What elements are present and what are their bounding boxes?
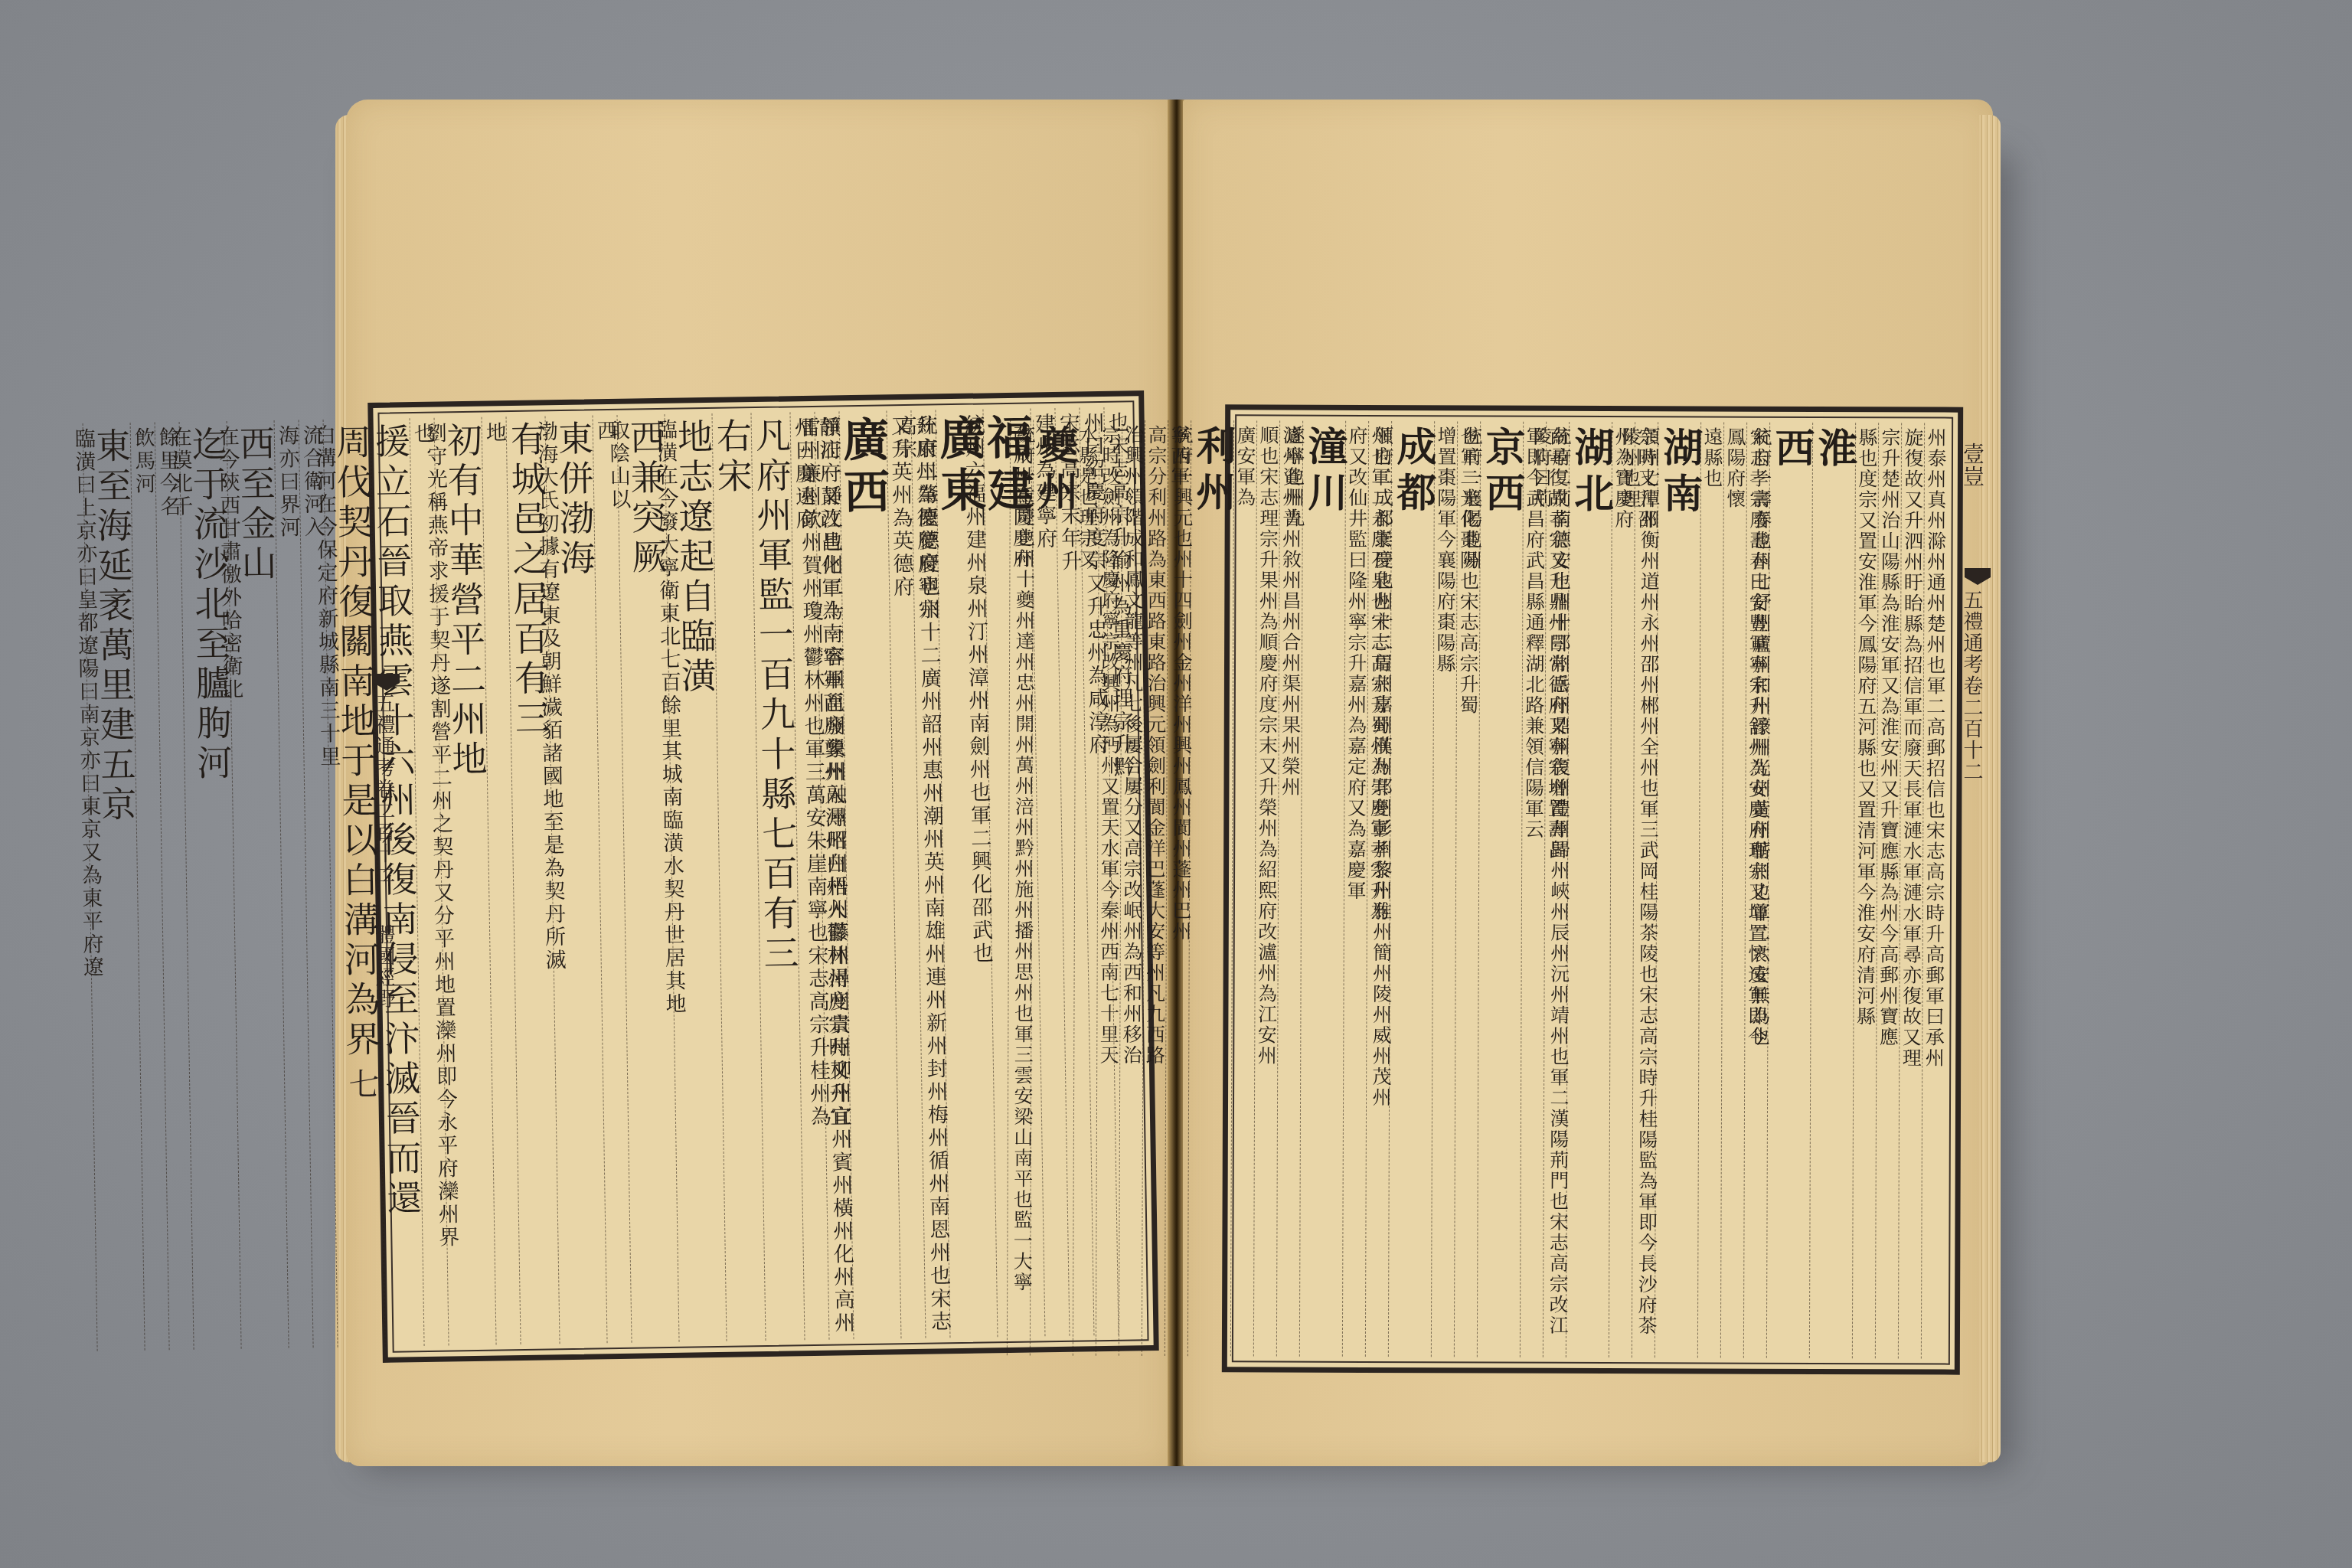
region-heading: 潼川 bbox=[1301, 426, 1344, 1352]
text-column: 順也宋志理宗升果州為順慶府度宗末又升榮州為紹熙府改瀘州為江安州 bbox=[1253, 420, 1279, 1356]
annotation-text: 遠縣也 bbox=[1700, 426, 1722, 1353]
annotation-text: 增置棗陽軍今襄陽府棗陽縣 bbox=[1433, 426, 1455, 1352]
annotation-text: 宗時改劍州為隆慶府寧宗改興州為沔州又置天水軍今秦州西南七十里天 bbox=[1098, 425, 1120, 1351]
region-heading: 淮 bbox=[1811, 427, 1854, 1354]
annotation-text: 宗升楚州治山陽縣為淮安軍又為淮安州又升寶應縣為州今高郵州寶應 bbox=[1877, 427, 1900, 1354]
annotation-text: 鳳陽府懷 bbox=[1723, 427, 1745, 1354]
text-column: 宗升楚州治山陽縣為淮安軍又為淮安州又升寶應縣為州今高郵州寶應 bbox=[1875, 423, 1901, 1358]
annotation-text: 廣安軍為 bbox=[1233, 425, 1255, 1351]
text-column: 湖南領州七潭州衡州道州永州邵州郴州全州也軍三武岡桂陽茶陵也宋志高宗時升桂陽監為軍… bbox=[1655, 422, 1700, 1357]
text-column: 京西統府一襄陽也州 bbox=[1477, 421, 1523, 1357]
text-column: 水縣是也理宗又 bbox=[1073, 420, 1099, 1356]
annotation-text: 統府一重慶也州十夔州達州忠州開州萬州涪州黔州施州播州思州也軍三雲安梁山南平也監一… bbox=[1012, 424, 1034, 1351]
annotation-text: 遂寧也州九 bbox=[1282, 426, 1304, 1352]
annotation-text: 水縣是也理宗又 bbox=[1075, 425, 1097, 1351]
text-column: 成都領府二成都崇慶也州十二眉州嘉州漢州邛州彭州黎州雅州簡州陵州威州茂州 bbox=[1388, 421, 1434, 1357]
text-column: 縣也度宗又置安淮軍今鳳陽府五河縣也又置清河軍今淮安府清河縣 bbox=[1852, 423, 1878, 1358]
text-column: 州泰州真州滁州通州楚州也軍二高郵招信也宋志高宗時升高郵軍曰承州 bbox=[1921, 423, 1947, 1359]
region-heading: 成都 bbox=[1390, 426, 1432, 1352]
left-margin-section: 體國經野 bbox=[372, 924, 395, 1010]
left-margin-page-number: 七 bbox=[346, 1068, 377, 1100]
text-column: 利州統府一興元也州十四劍州金州洋州興州鳳州閬州蓬州巴州 bbox=[1187, 420, 1233, 1356]
text-column: 湖北統府二荊南德安也州十鄂州岳州鼎州復州澧州歸州峽州辰州沅州靖州也軍二漢陽荊門也… bbox=[1566, 422, 1612, 1357]
region-heading: 夔州 bbox=[1031, 424, 1074, 1351]
annotation-text: 統府一興元也州十四劍州金州洋州興州鳳州閬州蓬州巴州 bbox=[1170, 425, 1192, 1351]
annotation-text: 高宗分利州路為東西路東路治興元領劍利閬金洋巴蓬大安等州凡九西路 bbox=[1144, 425, 1166, 1351]
right-print-frame: 州泰州真州滁州通州楚州也軍二高郵招信也宋志高宗時升高郵軍曰承州旋復故又升泗州盱眙… bbox=[1222, 404, 1963, 1374]
annotation-text: 治興州領階成和鳳文龍等州凡七後屢合屢分又高宗改岷州為西和州移治 bbox=[1121, 425, 1143, 1351]
annotation-text: 統府一襄陽也州 bbox=[1459, 426, 1481, 1352]
text-column: 高宗分利州路為東西路東路治興元領劍利閬金洋巴蓬大安等州凡九西路 bbox=[1142, 420, 1168, 1356]
right-margin-top-mark: 壹豈 bbox=[1962, 443, 1983, 488]
right-margin-book-title: 五禮通考卷二百十二 bbox=[1962, 590, 1981, 957]
right-text-columns: 州泰州真州滁州通州楚州也軍二高郵招信也宋志高宗時升高郵軍曰承州旋復故又升泗州盱眙… bbox=[1238, 420, 1947, 1358]
region-heading: 京西 bbox=[1478, 426, 1521, 1352]
text-column: 夔州統府一重慶也州十夔州達州忠州開州萬州涪州黔州施州播州思州也軍三雲安梁山南平也… bbox=[1030, 420, 1076, 1355]
right-page-stack-edge bbox=[1979, 115, 2001, 1462]
annotation-text: 州泰州真州滁州通州楚州也軍二高郵招信也宋志高宗時升高郵軍曰承州 bbox=[1923, 428, 1945, 1354]
text-column: 淮 bbox=[1809, 423, 1855, 1358]
text-column: 鳳陽府懷 bbox=[1720, 423, 1746, 1358]
region-heading: 西 bbox=[1768, 427, 1811, 1354]
region-heading: 湖南 bbox=[1656, 426, 1699, 1353]
text-column: 廣安軍為 bbox=[1230, 420, 1256, 1356]
text-column: 潼川遂寧也州九 bbox=[1299, 421, 1345, 1357]
region-heading: 利州 bbox=[1189, 425, 1232, 1351]
annotation-text: 府又改仙井監曰隆州寧宗升嘉州為嘉定府又為嘉慶軍 bbox=[1344, 426, 1367, 1352]
annotation-text: 統府二荊南德安也州十鄂州岳州鼎州復州澧州歸州峽州辰州沅州靖州也軍二漢陽荊門也宋志… bbox=[1529, 426, 1570, 1353]
text-column: 西統府一壽春也州七舒州廬州和州濠州光州黃州蘄州也軍二六安無為也 bbox=[1766, 423, 1812, 1358]
annotation-text: 領府二成都崇慶也州十二眉州嘉州漢州邛州彭州黎州雅州簡州陵州威州茂州 bbox=[1370, 426, 1393, 1352]
region-heading: 湖北 bbox=[1567, 426, 1610, 1353]
annotation-text: 縣也度宗又置安淮軍今鳳陽府五河縣也又置清河軍今淮安府清河縣 bbox=[1854, 427, 1877, 1354]
text-column: 府又改仙井監曰隆州寧宗升嘉州為嘉定府又為嘉慶軍 bbox=[1342, 421, 1368, 1357]
text-column: 增置棗陽軍今襄陽府棗陽縣 bbox=[1431, 421, 1457, 1357]
text-column: 宗時改劍州為隆慶府寧宗改興州為沔州又置天水軍今秦州西南七十里天 bbox=[1096, 420, 1122, 1356]
text-column: 治興州領階成和鳳文龍等州凡七後屢合屢分又高宗改岷州為西和州移治 bbox=[1119, 420, 1145, 1356]
text-column: 遠縣也 bbox=[1697, 422, 1723, 1357]
annotation-text: 旋復故又升泗州盱眙縣為招信軍而廢天長軍漣水軍漣水軍尋亦復故又理 bbox=[1900, 427, 1922, 1354]
left-margin-book-title: 五禮通考卷二百十二 bbox=[372, 693, 395, 886]
left-margin-title: 五禮通考卷二百十二 體國經野 bbox=[374, 693, 394, 1091]
annotation-text: 順也宋志理宗升果州為順慶府度宗末又升榮州為紹熙府改瀘州為江安州 bbox=[1256, 425, 1278, 1351]
annotation-text: 統府一壽春也州七舒州廬州和州濠州光州黃州蘄州也軍二六安無為也 bbox=[1749, 427, 1771, 1354]
annotation-text: 領州七潭州衡州道州永州邵州郴州全州也軍三武岡桂陽茶陵也宋志高宗時升桂陽監為軍即今… bbox=[1618, 426, 1659, 1353]
text-column: 旋復故又升泗州盱眙縣為招信軍而廢天長軍漣水軍漣水軍尋亦復故又理 bbox=[1898, 423, 1924, 1358]
